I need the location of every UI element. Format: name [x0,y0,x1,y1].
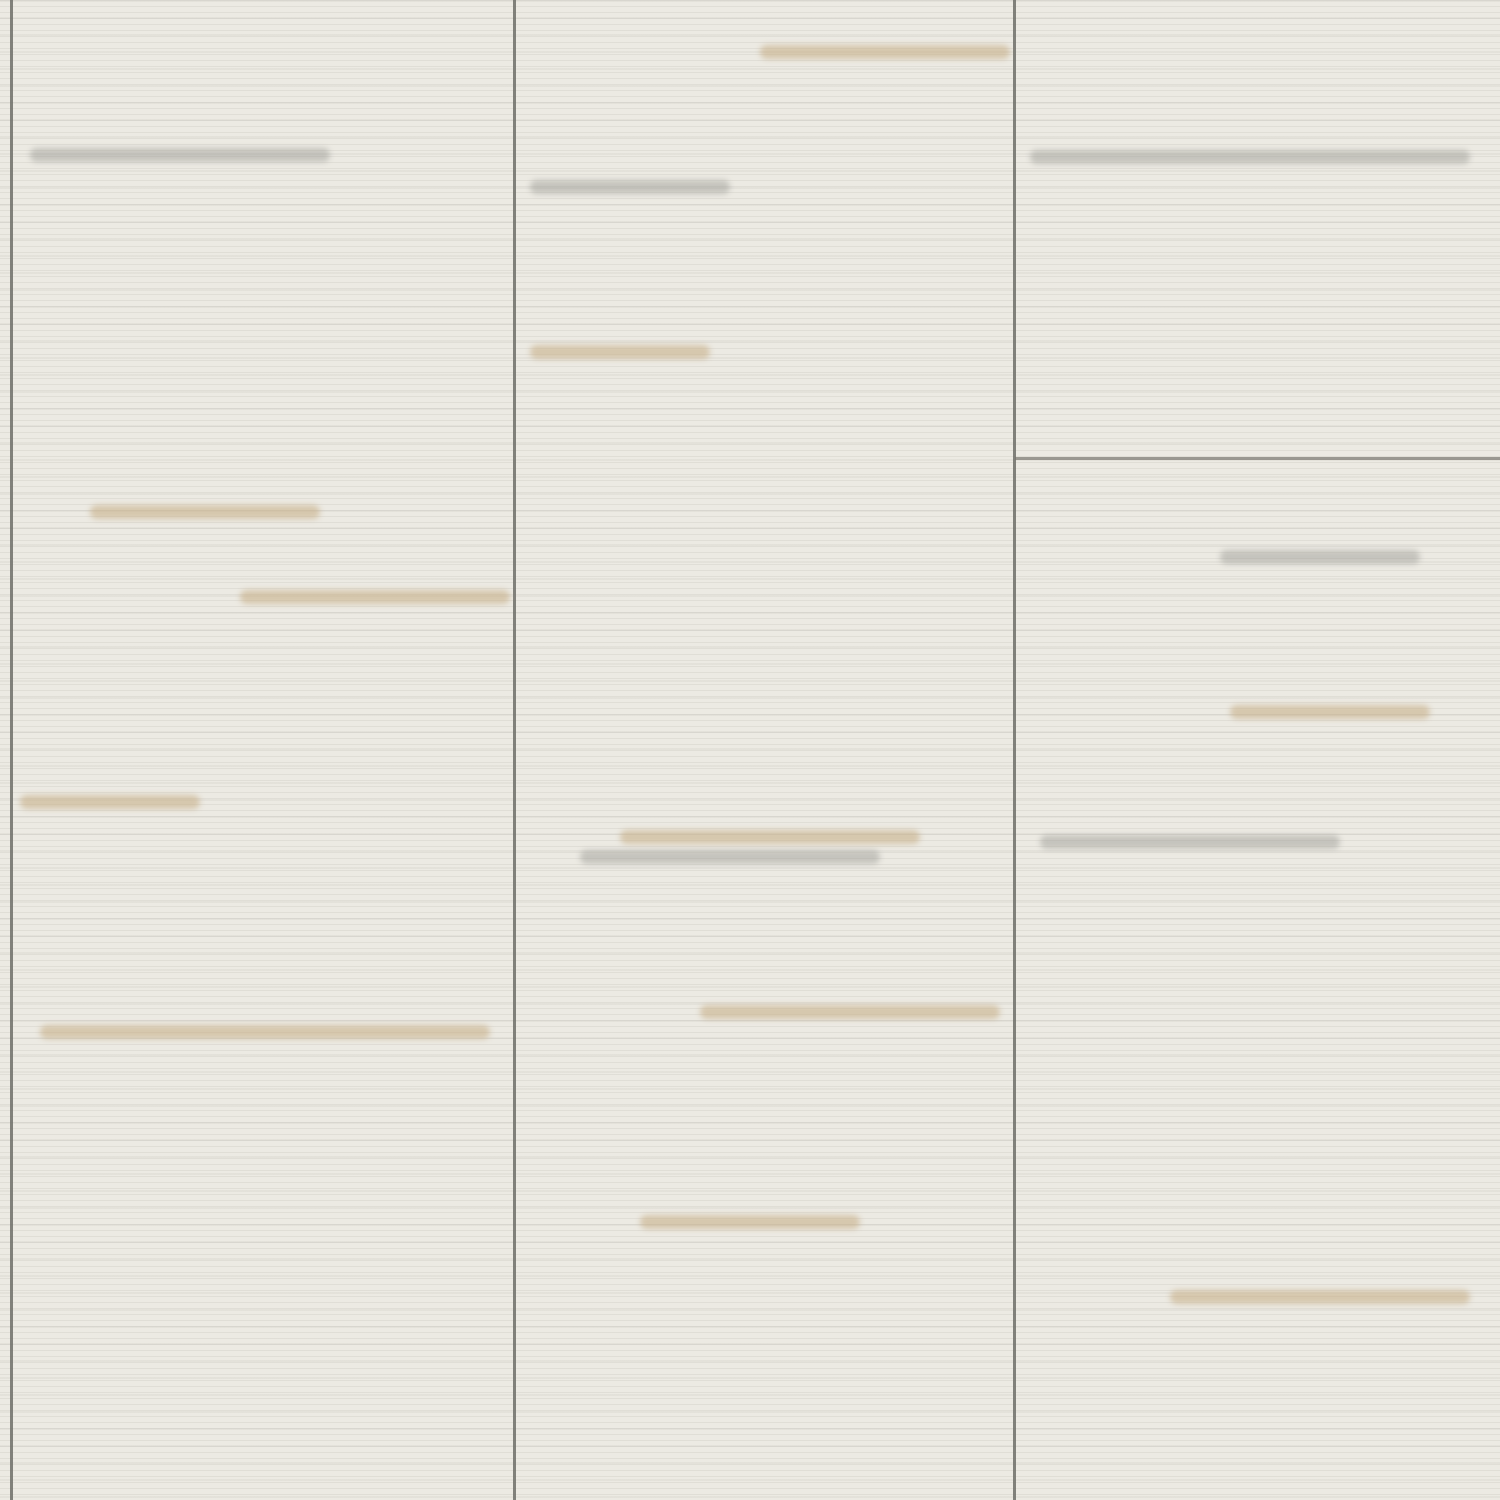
paint-streak [620,830,920,844]
paint-streak [20,795,200,809]
plank-middle [513,0,1013,1500]
paint-streak [1230,705,1430,719]
paint-streak [700,1005,1000,1019]
paint-streak [1040,835,1340,849]
plank-seam [513,0,516,1500]
paint-streak [580,850,880,864]
paint-streak [530,345,710,359]
plank-seam [10,0,13,1500]
horizontal-seam [1015,457,1500,460]
paint-streak [640,1215,860,1229]
plank-left [0,0,510,1500]
paint-streak [760,45,1010,59]
plank-right [1016,0,1500,1500]
paint-streak [90,505,320,519]
wood-plank-texture [0,0,1500,1500]
paint-streak [30,148,330,162]
paint-streak [1220,550,1420,564]
plank-seam [1013,0,1016,1500]
paint-streak [1030,150,1470,164]
paint-streak [40,1025,490,1039]
paint-streak [530,180,730,194]
paint-streak [1170,1290,1470,1304]
paint-streak [240,590,510,604]
